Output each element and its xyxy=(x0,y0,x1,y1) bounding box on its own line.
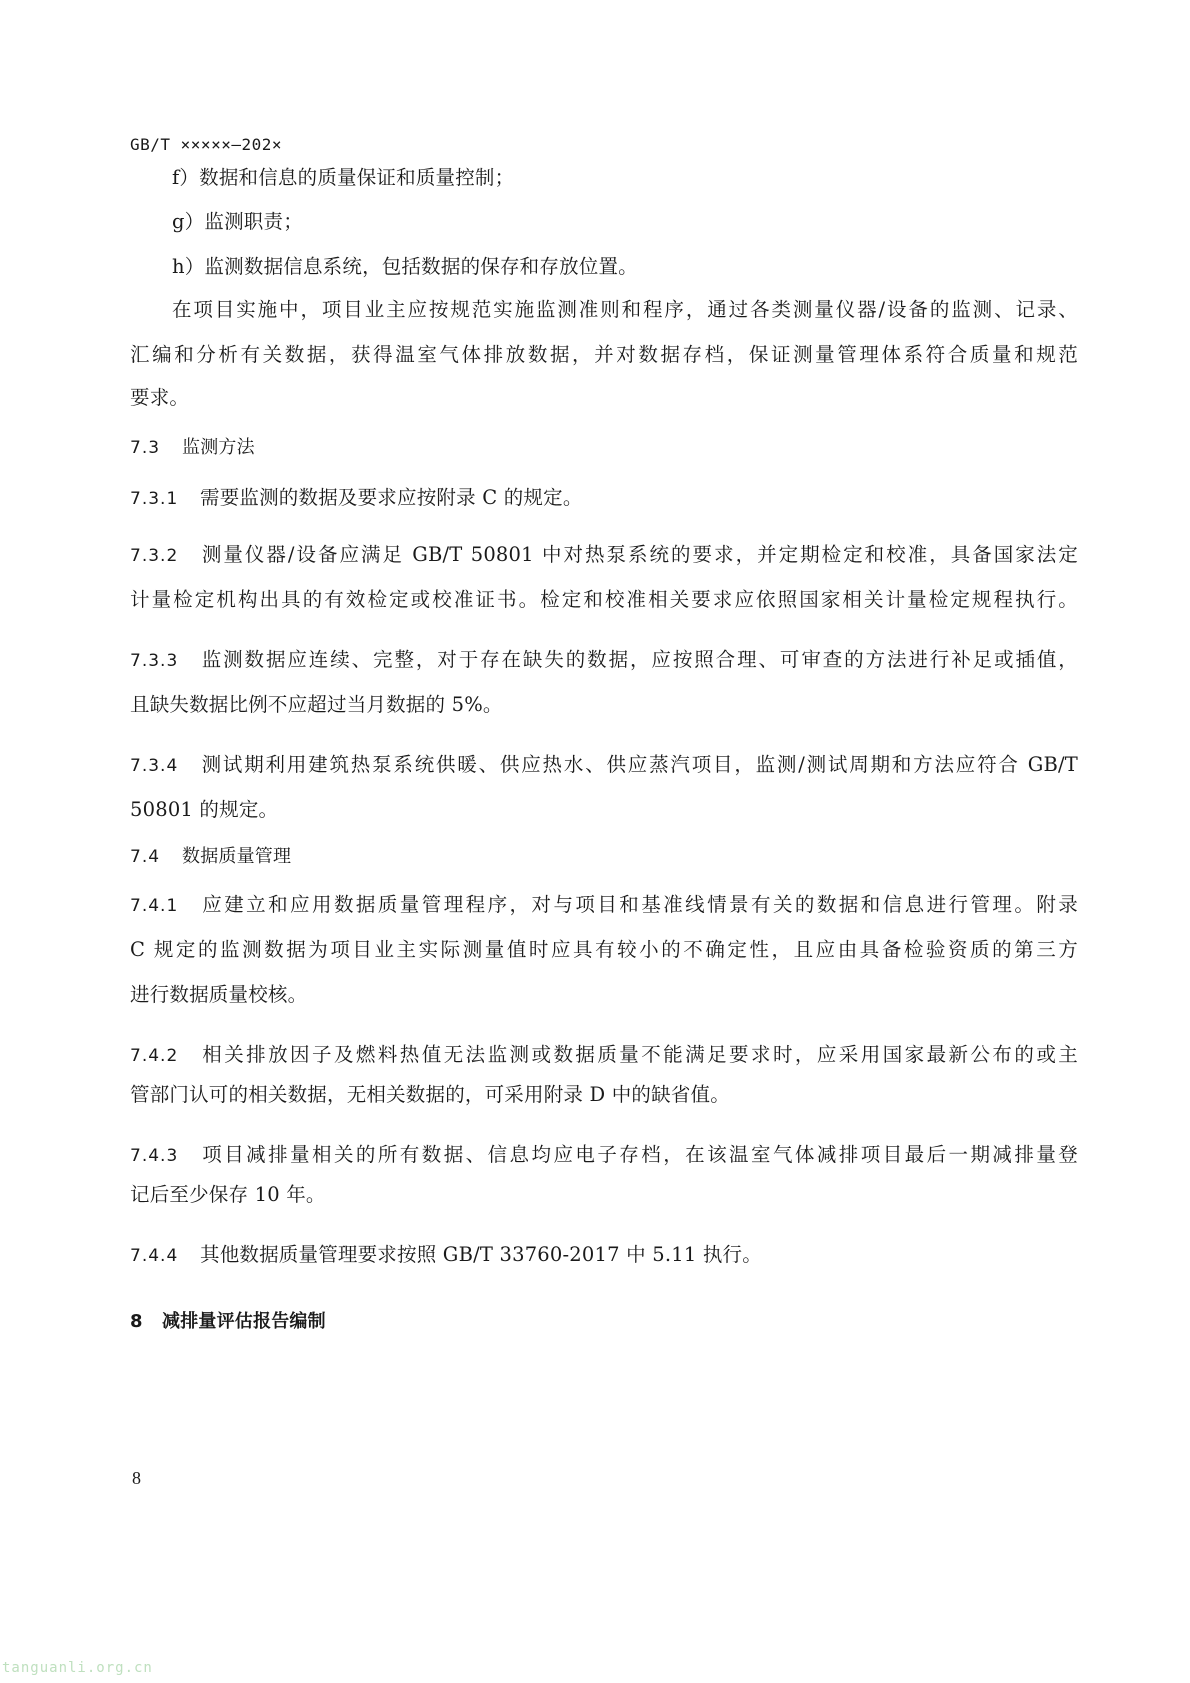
clause-text: 监测数据应连续、完整，对于存在缺失的数据，应按照合理、可审查的方法进行补足或插值… xyxy=(200,648,1078,671)
list-item-text: 监测职责； xyxy=(204,210,303,233)
clause-continuation: 记后至少保存 10 年。 xyxy=(130,1182,326,1208)
list-item-text: 数据和信息的质量保证和质量控制； xyxy=(199,166,514,189)
clause-continuation: 计量检定机构出具的有效检定或校准证书。检定和校准相关要求应依照国家相关计量检定规… xyxy=(130,587,1078,613)
clause-7-3-3: 7.3.3监测数据应连续、完整，对于存在缺失的数据，应按照合理、可审查的方法进行… xyxy=(130,647,1078,674)
list-item-f: f）数据和信息的质量保证和质量控制； xyxy=(172,165,514,191)
clause-number: 7.4.1 xyxy=(130,893,200,919)
page-number: 8 xyxy=(132,1468,141,1489)
clause-7-3-2: 7.3.2测量仪器/设备应满足 GB/T 50801 中对热泵系统的要求，并定期… xyxy=(130,542,1078,569)
clause-7-3-1: 7.3.1需要监测的数据及要求应按附录 C 的规定。 xyxy=(130,485,583,512)
clause-text: 其他数据质量管理要求按照 GB/T 33760-2017 中 5.11 执行。 xyxy=(200,1243,762,1266)
clause-number: 7.3.2 xyxy=(130,543,200,569)
chapter-number: 8 xyxy=(130,1309,162,1335)
clause-continuation: C 规定的监测数据为项目业主实际测量值时应具有较小的不确定性，且应由具备检验资质… xyxy=(130,937,1078,963)
standard-code-header: GB/T ×××××—202× xyxy=(130,132,282,158)
clause-continuation: 进行数据质量校核。 xyxy=(130,982,307,1008)
section-title: 监测方法 xyxy=(182,437,255,458)
clause-number: 7.4.3 xyxy=(130,1143,200,1169)
clause-number: 7.4.4 xyxy=(130,1243,200,1269)
list-marker: g） xyxy=(172,210,204,233)
clause-number: 7.3.4 xyxy=(130,753,200,779)
section-number: 7.3 xyxy=(130,435,182,461)
clause-continuation: 管部门认可的相关数据，无相关数据的，可采用附录 D 中的缺省值。 xyxy=(130,1082,730,1108)
clause-7-4-3: 7.4.3项目减排量相关的所有数据、信息均应电子存档，在该温室气体减排项目最后一… xyxy=(130,1142,1078,1169)
clause-7-3-4: 7.3.4测试期利用建筑热泵系统供暖、供应热水、供应蒸汽项目，监测/测试周期和方… xyxy=(130,752,1078,779)
chapter-title: 减排量评估报告编制 xyxy=(162,1311,326,1332)
section-heading-7-4: 7.4数据质量管理 xyxy=(130,844,291,870)
clause-7-4-2: 7.4.2相关排放因子及燃料热值无法监测或数据质量不能满足要求时，应采用国家最新… xyxy=(130,1042,1078,1069)
clause-continuation: 且缺失数据比例不应超过当月数据的 5%。 xyxy=(130,692,503,718)
paragraph-line: 在项目实施中，项目业主应按规范实施监测准则和程序，通过各类测量仪器/设备的监测、… xyxy=(172,297,1078,323)
list-item-g: g）监测职责； xyxy=(172,209,303,235)
section-number: 7.4 xyxy=(130,844,182,870)
clause-number: 7.4.2 xyxy=(130,1043,200,1069)
clause-number: 7.3.1 xyxy=(130,486,200,512)
clause-text: 测量仪器/设备应满足 GB/T 50801 中对热泵系统的要求，并定期检定和校准… xyxy=(200,543,1078,566)
list-item-text: 监测数据信息系统，包括数据的保存和存放位置。 xyxy=(204,255,637,278)
clause-text: 项目减排量相关的所有数据、信息均应电子存档，在该温室气体减排项目最后一期减排量登 xyxy=(200,1143,1078,1166)
paragraph-line: 要求。 xyxy=(130,385,189,411)
list-item-h: h）监测数据信息系统，包括数据的保存和存放位置。 xyxy=(172,254,638,280)
clause-7-4-4: 7.4.4其他数据质量管理要求按照 GB/T 33760-2017 中 5.11… xyxy=(130,1242,762,1269)
list-marker: f） xyxy=(172,166,199,189)
clause-continuation: 50801 的规定。 xyxy=(130,797,278,823)
clause-number: 7.3.3 xyxy=(130,648,200,674)
section-title: 数据质量管理 xyxy=(182,846,291,867)
clause-text: 需要监测的数据及要求应按附录 C 的规定。 xyxy=(200,486,583,509)
clause-text: 测试期利用建筑热泵系统供暖、供应热水、供应蒸汽项目，监测/测试周期和方法应符合 … xyxy=(200,753,1078,776)
list-marker: h） xyxy=(172,255,204,278)
clause-7-4-1: 7.4.1应建立和应用数据质量管理程序，对与项目和基准线情景有关的数据和信息进行… xyxy=(130,892,1078,919)
section-heading-7-3: 7.3监测方法 xyxy=(130,435,255,461)
clause-text: 相关排放因子及燃料热值无法监测或数据质量不能满足要求时，应采用国家最新公布的或主 xyxy=(200,1043,1078,1066)
clause-text: 应建立和应用数据质量管理程序，对与项目和基准线情景有关的数据和信息进行管理。附录 xyxy=(200,893,1078,916)
watermark: tanguanli.org.cn xyxy=(2,1660,153,1676)
paragraph-line: 汇编和分析有关数据，获得温室气体排放数据，并对数据存档，保证测量管理体系符合质量… xyxy=(130,342,1078,368)
chapter-heading-8: 8减排量评估报告编制 xyxy=(130,1309,326,1335)
